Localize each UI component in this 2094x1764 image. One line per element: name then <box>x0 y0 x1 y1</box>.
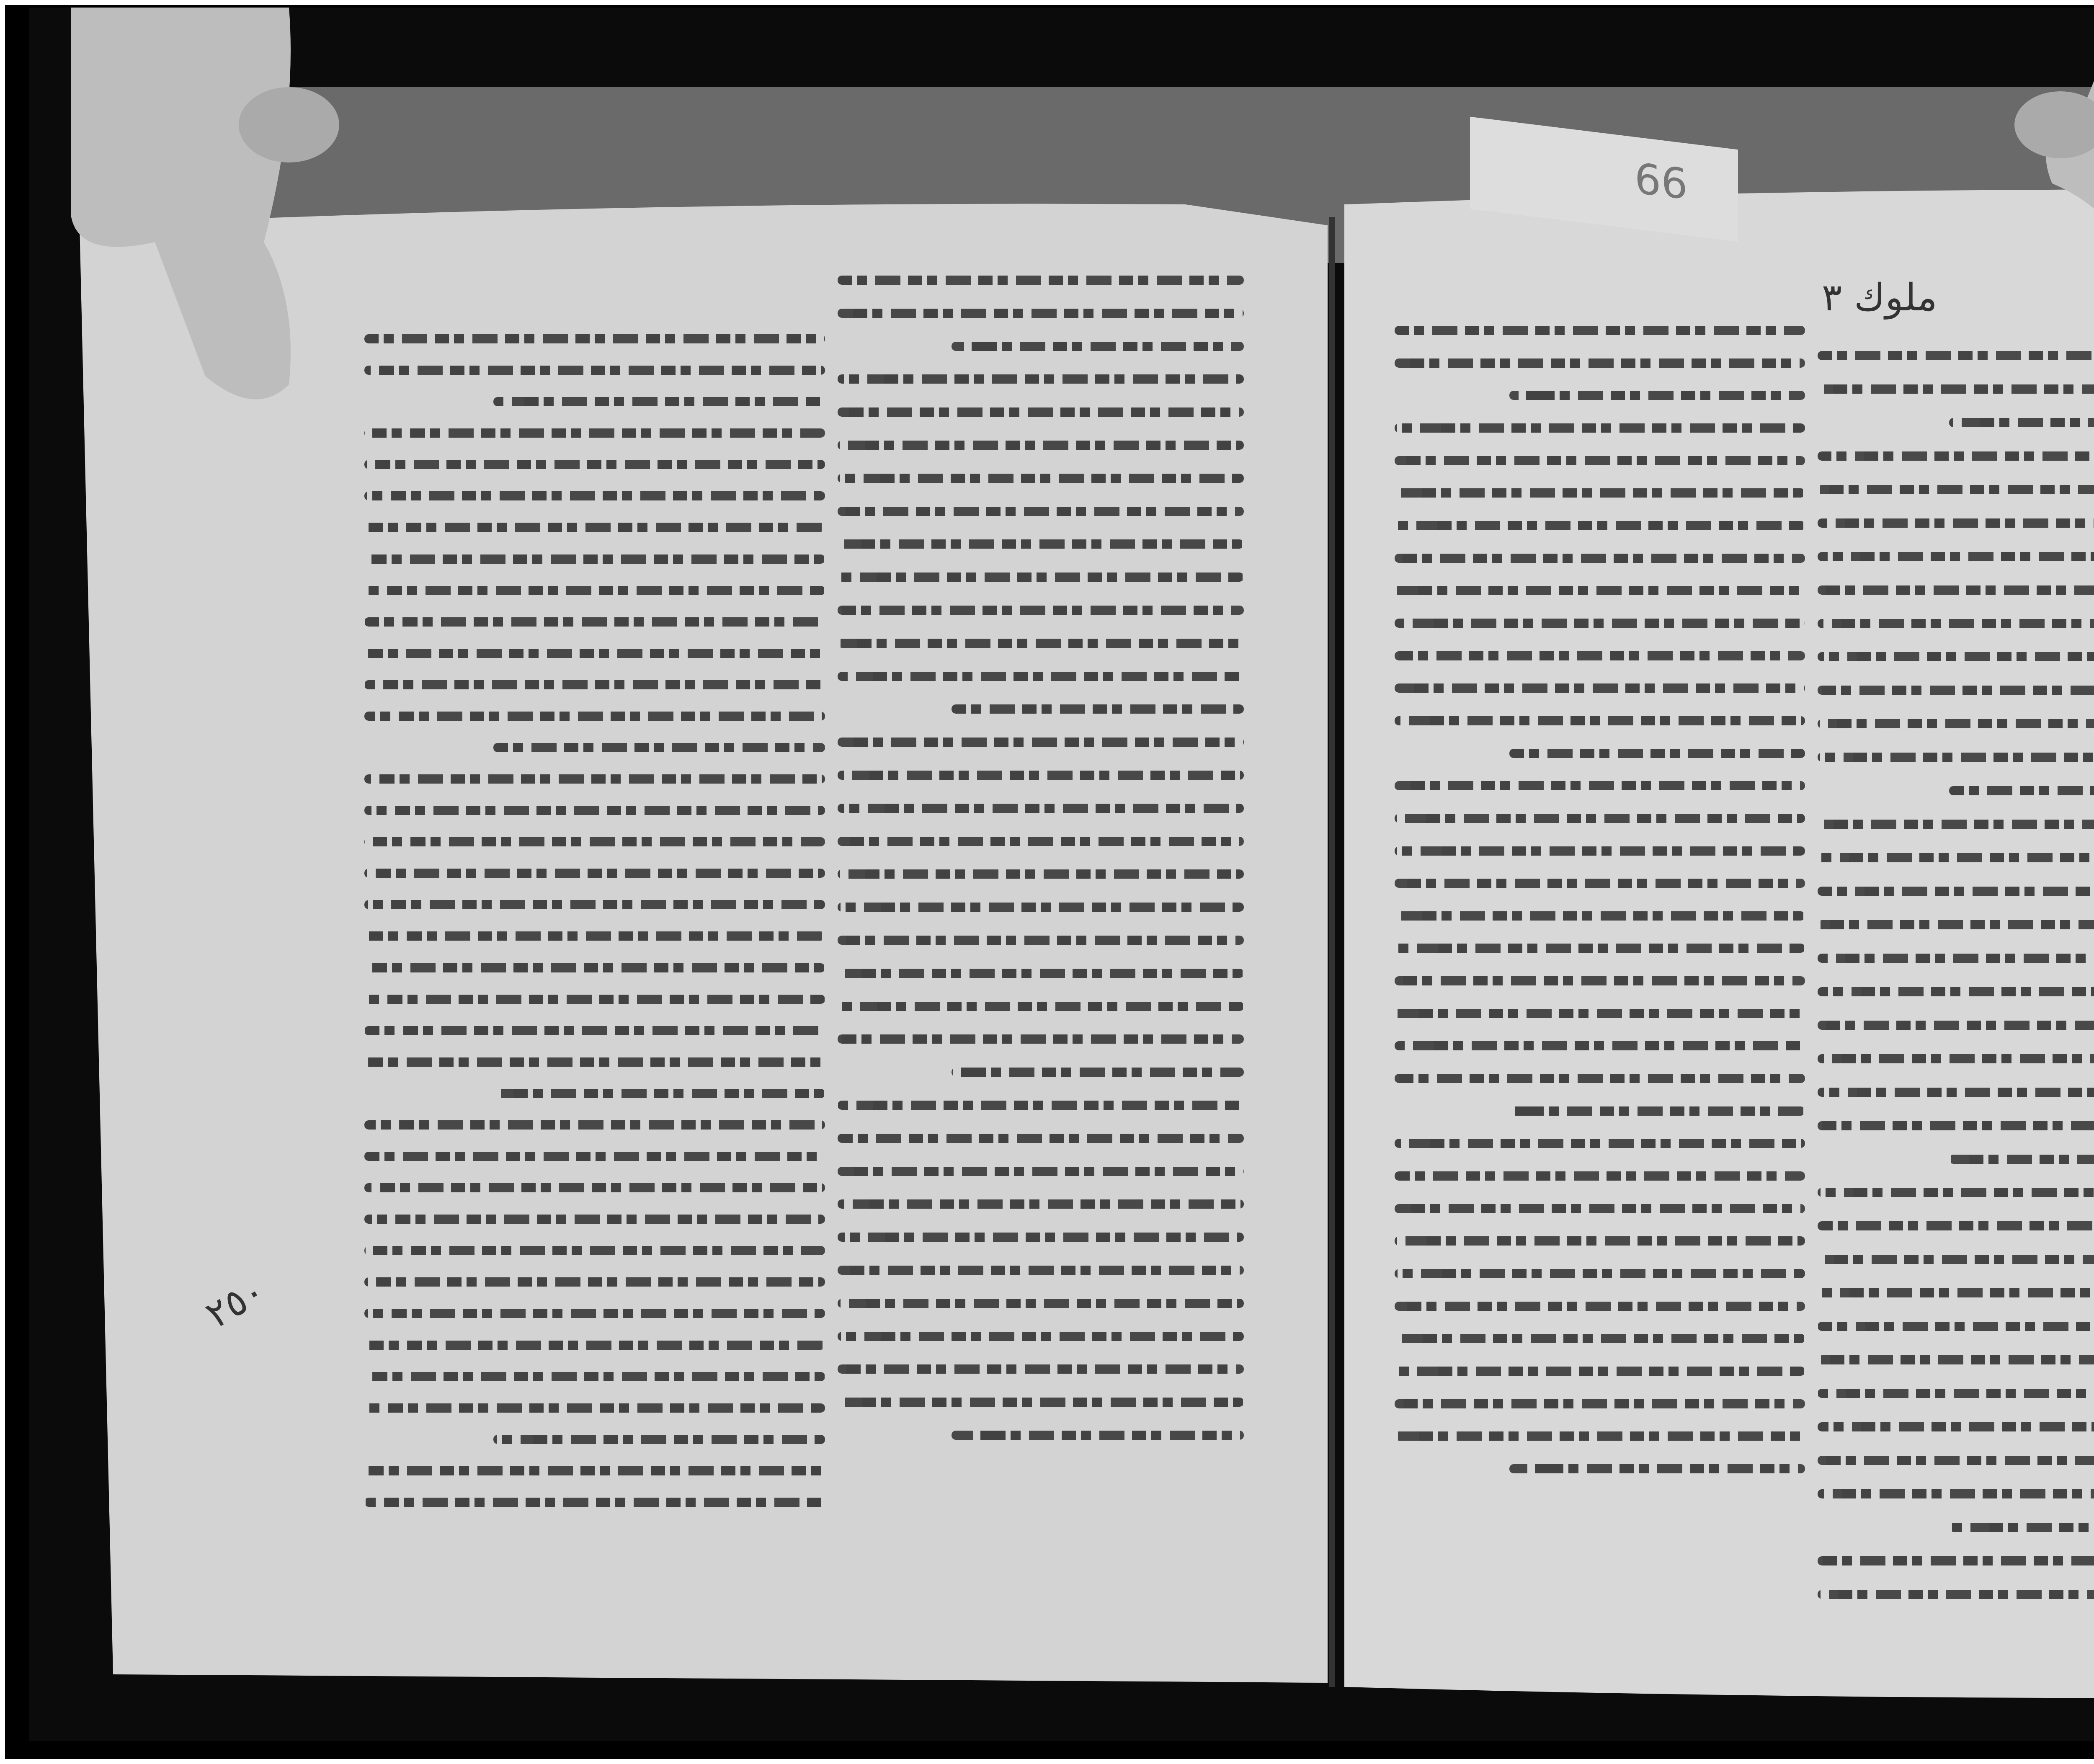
script-line <box>1818 585 2094 595</box>
script-line <box>1949 1523 2094 1532</box>
script-line <box>838 738 1244 747</box>
script-line <box>1818 820 2094 829</box>
script-line <box>1818 1456 2094 1465</box>
script-line <box>1395 1236 1805 1246</box>
script-line <box>952 704 1244 714</box>
script-line <box>1818 1422 2094 1431</box>
script-line <box>1395 1269 1805 1278</box>
script-line <box>838 1002 1244 1011</box>
text-column-left-page-right <box>838 276 1244 1440</box>
script-line <box>1818 920 2094 929</box>
script-line <box>838 1364 1244 1374</box>
script-line <box>1395 554 1805 563</box>
script-line <box>1395 1009 1805 1018</box>
script-line <box>838 539 1244 549</box>
script-line <box>1818 1088 2094 1097</box>
script-line <box>493 1089 825 1098</box>
text-column-right-page-left <box>1395 326 1805 1473</box>
script-line <box>1395 716 1805 725</box>
script-line <box>838 804 1244 813</box>
script-line <box>838 1299 1244 1308</box>
script-line <box>838 837 1244 846</box>
script-line <box>1395 1074 1805 1083</box>
script-line <box>1818 1590 2094 1599</box>
script-line <box>1395 619 1805 628</box>
script-line <box>364 837 825 846</box>
script-line <box>1395 521 1805 530</box>
script-line <box>1818 619 2094 628</box>
script-line <box>1395 944 1805 953</box>
script-line <box>838 474 1244 483</box>
script-line <box>1818 1188 2094 1197</box>
script-line <box>1818 1489 2094 1498</box>
script-line <box>364 649 825 658</box>
script-line <box>838 1233 1244 1242</box>
script-line <box>838 507 1244 516</box>
script-line <box>364 1372 825 1381</box>
script-line <box>1818 987 2094 996</box>
script-line <box>952 1431 1244 1440</box>
script-line <box>1395 781 1805 790</box>
script-line <box>1395 1367 1805 1376</box>
script-line <box>838 672 1244 681</box>
script-line <box>1818 384 2094 394</box>
script-line <box>1818 686 2094 695</box>
text-column-right-page-right <box>1818 351 2094 1599</box>
script-line <box>493 397 825 406</box>
script-line <box>838 1134 1244 1143</box>
script-line <box>838 639 1244 648</box>
script-line <box>364 1277 825 1287</box>
script-line <box>364 1309 825 1318</box>
script-line <box>364 1026 825 1035</box>
script-line <box>1395 586 1805 595</box>
script-line <box>1395 683 1805 693</box>
script-line <box>364 1498 825 1507</box>
script-line <box>364 334 825 343</box>
script-line <box>1818 887 2094 896</box>
script-line <box>838 1167 1244 1176</box>
script-line <box>1818 1054 2094 1063</box>
script-line <box>364 931 825 941</box>
script-line <box>838 606 1244 615</box>
script-line <box>1395 1302 1805 1311</box>
script-line <box>838 374 1244 384</box>
script-line <box>838 309 1244 318</box>
catalog-label-text: 66 <box>1635 154 1688 209</box>
script-line <box>364 963 825 972</box>
script-line <box>1395 1334 1805 1343</box>
script-line <box>1395 1204 1805 1213</box>
script-line <box>1818 451 2094 461</box>
script-line <box>364 428 825 438</box>
script-line <box>1509 391 1805 400</box>
script-line <box>493 1435 825 1444</box>
script-line <box>1818 954 2094 963</box>
script-line <box>1818 1221 2094 1230</box>
manuscript-photo: 66 ملوك ٣ ٢٥٠ ٢٠٢ ٢٠٣ <box>29 8 2094 1741</box>
script-line <box>1818 853 2094 862</box>
script-line <box>364 617 825 627</box>
script-line <box>1395 651 1805 660</box>
script-line <box>364 1246 825 1255</box>
script-line <box>1395 488 1805 498</box>
script-line <box>364 806 825 815</box>
script-line <box>1818 1121 2094 1130</box>
script-line <box>1949 786 2094 795</box>
script-line <box>838 936 1244 945</box>
script-line <box>364 1120 825 1130</box>
script-line <box>952 342 1244 351</box>
script-line <box>838 1101 1244 1110</box>
script-line <box>364 554 825 564</box>
script-line <box>838 1332 1244 1341</box>
script-line <box>364 1057 825 1067</box>
script-line <box>1818 485 2094 494</box>
script-line <box>364 869 825 878</box>
script-line <box>364 995 825 1004</box>
script-line <box>838 1199 1244 1209</box>
script-line <box>1509 1106 1805 1116</box>
script-line <box>838 276 1244 285</box>
script-line <box>364 366 825 375</box>
script-line <box>1818 351 2094 360</box>
script-line <box>364 1341 825 1350</box>
script-line <box>1818 652 2094 661</box>
script-line <box>1818 1322 2094 1331</box>
script-line <box>1818 1389 2094 1398</box>
script-line <box>1818 552 2094 561</box>
script-line <box>364 900 825 909</box>
script-line <box>838 407 1244 417</box>
script-line <box>1949 1155 2094 1164</box>
script-line <box>1818 719 2094 728</box>
script-line <box>1395 423 1805 433</box>
script-line <box>1395 911 1805 921</box>
script-line <box>364 586 825 595</box>
script-line <box>364 460 825 469</box>
script-line <box>1395 326 1805 335</box>
script-line <box>364 523 825 532</box>
script-line <box>1395 1139 1805 1148</box>
script-line <box>364 1403 825 1413</box>
script-line <box>838 1266 1244 1275</box>
margin-note-top-right: ملوك ٣ <box>1822 276 1937 320</box>
script-line <box>364 1183 825 1192</box>
script-line <box>1395 879 1805 888</box>
script-line <box>364 1215 825 1224</box>
script-line <box>364 1466 825 1475</box>
script-line <box>1395 814 1805 823</box>
script-line <box>1395 358 1805 368</box>
script-line <box>1395 846 1805 856</box>
script-line <box>838 771 1244 780</box>
script-line <box>838 1398 1244 1407</box>
script-line <box>1395 456 1805 465</box>
script-line <box>1395 1041 1805 1050</box>
script-line <box>1949 418 2094 427</box>
script-line <box>1818 1255 2094 1264</box>
script-line <box>364 712 825 721</box>
script-line <box>364 491 825 500</box>
script-line <box>493 743 825 752</box>
script-line <box>838 903 1244 912</box>
script-line <box>952 1068 1244 1077</box>
script-line <box>364 774 825 784</box>
script-line <box>838 969 1244 978</box>
script-line <box>838 441 1244 450</box>
script-line <box>1395 976 1805 985</box>
script-line <box>1818 518 2094 528</box>
script-line <box>1395 1171 1805 1181</box>
script-line <box>838 573 1244 582</box>
script-line <box>1509 749 1805 758</box>
script-line <box>1818 1021 2094 1030</box>
script-line <box>1509 1464 1805 1473</box>
script-line <box>838 869 1244 879</box>
script-line <box>1818 1556 2094 1565</box>
script-line <box>364 1152 825 1161</box>
script-line <box>364 680 825 689</box>
text-column-left-page-left <box>364 334 825 1507</box>
script-line <box>1818 1355 2094 1364</box>
script-line <box>838 1034 1244 1044</box>
script-line <box>1395 1431 1805 1441</box>
script-line <box>1818 753 2094 762</box>
script-line <box>1395 1399 1805 1408</box>
script-line <box>1818 1288 2094 1297</box>
